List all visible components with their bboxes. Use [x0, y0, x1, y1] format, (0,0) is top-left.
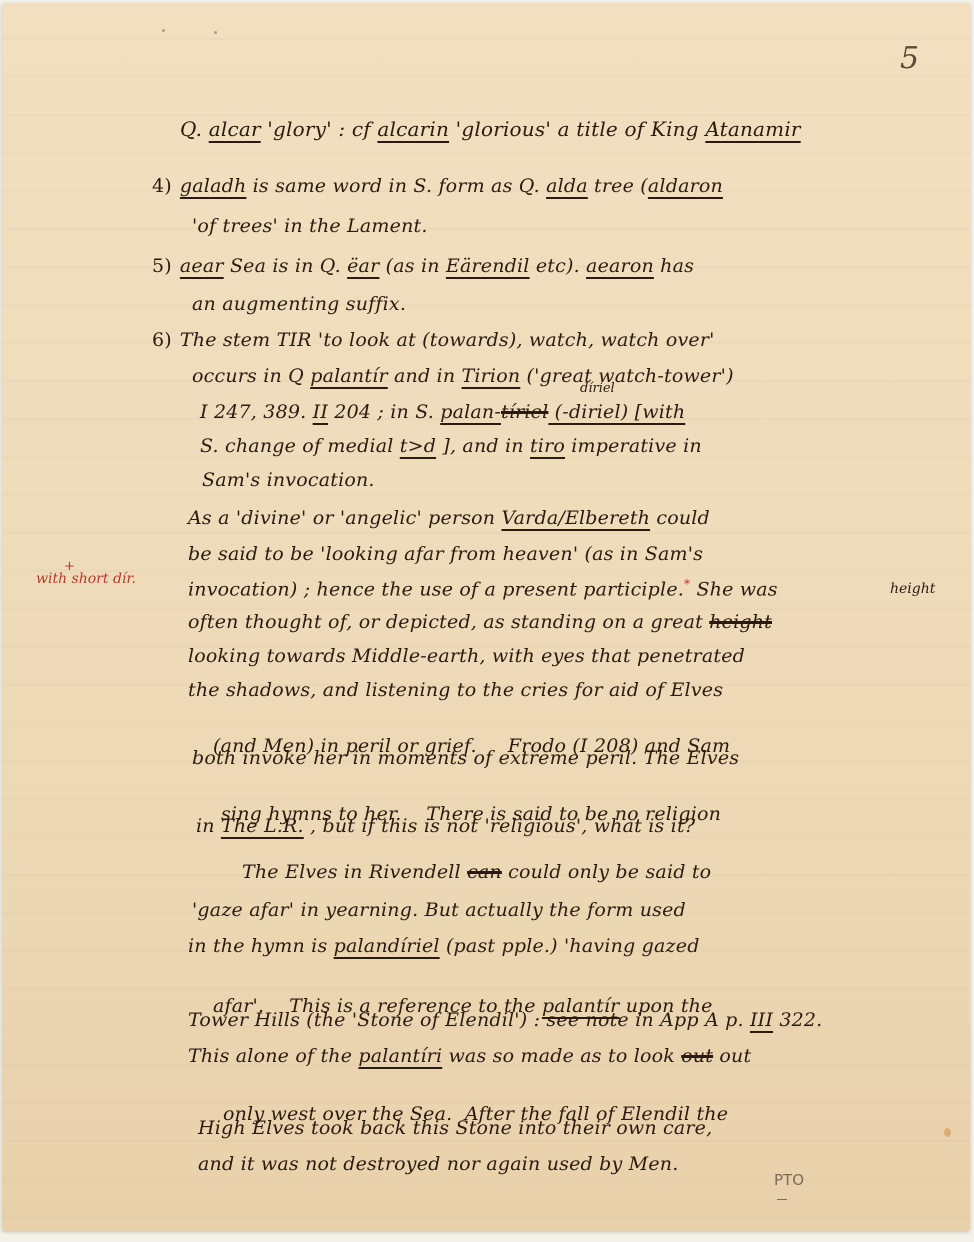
- text-line: be said to be 'looking afar from heaven'…: [188, 543, 703, 565]
- text-line: 5)aear Sea is in Q. ëar (as in Eärendil …: [152, 255, 694, 277]
- text-line: 'gaze afar' in yearning. But actually th…: [192, 899, 686, 921]
- text-line: and it was not destroyed nor again used …: [198, 1153, 678, 1175]
- paper-stain: [944, 1128, 951, 1137]
- text-line: both invoke her in moments of extreme pe…: [192, 747, 739, 769]
- inserted-word: díriel: [580, 381, 615, 396]
- page-number: 5: [900, 41, 919, 76]
- text-line: High Elves took back this Stone into the…: [198, 1117, 712, 1139]
- pto-underline: [777, 1199, 787, 1200]
- text-line: 4)galadh is same word in S. form as Q. a…: [152, 175, 723, 197]
- text-line: the shadows, and listening to the cries …: [188, 679, 723, 701]
- text-line: sing hymns to her. There is said to be n…: [196, 781, 721, 847]
- text-line: occurs in Q palantír and in Tirion ('gre…: [192, 365, 734, 387]
- text-line: Sam's invocation.: [202, 469, 375, 491]
- text-line: 'of trees' in the Lament.: [192, 215, 428, 237]
- text-line: The Elves in Rivendell can could only be…: [242, 861, 711, 883]
- text-line: This alone of the palantíri was so made …: [188, 1045, 751, 1067]
- text-line: S. change of medial t>d ], and in tiro i…: [200, 435, 702, 457]
- text-line: invocation) ; hence the use of a present…: [188, 577, 778, 600]
- paper-speck: [214, 31, 217, 34]
- text-line: I 247, 389. II 204 ; in S. palan-tíriel …: [200, 401, 685, 423]
- text-line: (and Men) in peril or grief. Frodo (I 20…: [188, 713, 730, 779]
- text-line: in The L.R. , but if this is not 'religi…: [196, 815, 695, 837]
- manuscript-page: 5 Q. alcar 'glory' : cf alcarin 'gloriou…: [2, 3, 970, 1231]
- please-turn-over-note: PTO: [774, 1171, 804, 1189]
- inserted-word: height: [890, 581, 935, 597]
- text-line: 6)The stem TIR 'to look at (towards), wa…: [152, 329, 715, 351]
- text-line: an augmenting suffix.: [192, 293, 406, 315]
- text-line: Tower Hills (the 'Stone of Elendil') : s…: [188, 1009, 822, 1031]
- text-line: often thought of, or depicted, as standi…: [188, 611, 772, 633]
- text-line: in the hymn is palandíriel (past pple.) …: [188, 935, 700, 957]
- text-line: looking towards Middle-earth, with eyes …: [188, 645, 745, 667]
- paper-speck: [162, 29, 165, 32]
- text-line: Q. alcar 'glory' : cf alcarin 'glorious'…: [180, 117, 801, 141]
- text-line: As a 'divine' or 'angelic' person Varda/…: [188, 507, 710, 529]
- margin-annotation: with short dír.: [36, 571, 136, 587]
